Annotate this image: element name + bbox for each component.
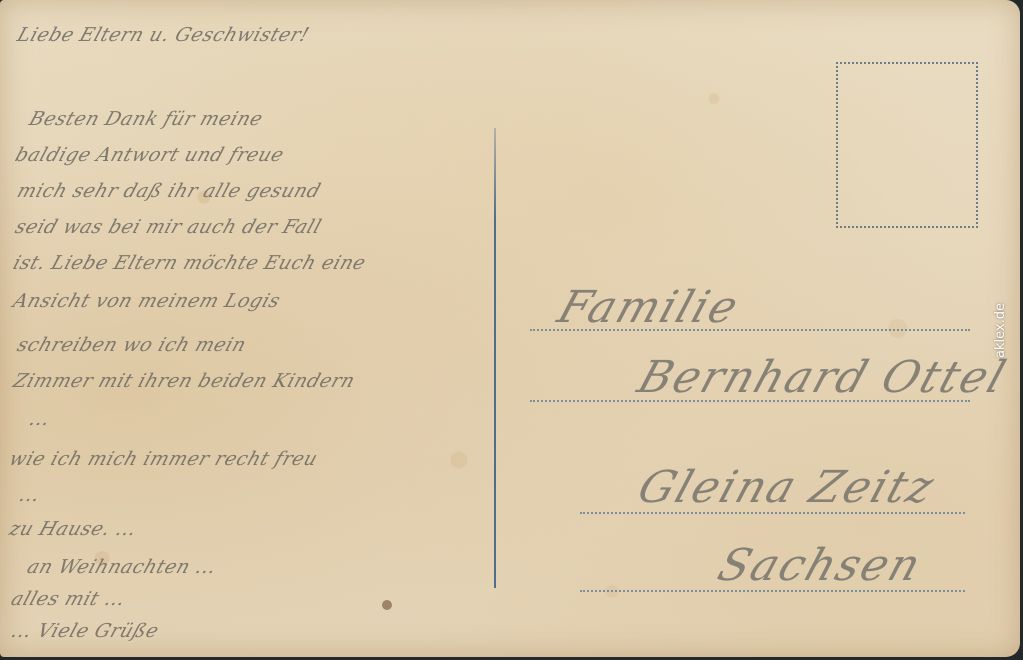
address-recipient-name: Bernhard Ottel bbox=[632, 352, 1014, 403]
message-line: Liebe Eltern u. Geschwister! bbox=[14, 24, 312, 46]
message-line: Besten Dank für meine bbox=[26, 108, 265, 130]
address-town: Gleina Zeitz bbox=[632, 462, 942, 513]
address-region: Sachsen bbox=[712, 540, 929, 591]
message-line: ... bbox=[26, 408, 53, 430]
message-line: wie ich mich immer recht freu bbox=[6, 448, 320, 470]
message-line: seid was bei mir auch der Fall bbox=[12, 216, 324, 238]
message-line: ist. Liebe Eltern möchte Euch eine bbox=[10, 252, 368, 274]
message-line: schreiben wo ich mein bbox=[14, 334, 249, 356]
message-line: zu Hause. ... bbox=[6, 518, 139, 540]
message-line: ... bbox=[16, 484, 43, 506]
ink-stain bbox=[382, 600, 392, 610]
message-line: an Weihnachten ... bbox=[24, 556, 219, 578]
address-recipient-family: Familie bbox=[552, 282, 746, 333]
postcard-back: Liebe Eltern u. Geschwister! Besten Dank… bbox=[0, 0, 1020, 657]
message-line: mich sehr daß ihr alle gesund bbox=[14, 180, 323, 202]
message-line: baldige Antwort und freue bbox=[12, 144, 286, 166]
message-line: ... Viele Grüße bbox=[8, 620, 161, 642]
watermark: aklex.de bbox=[993, 298, 1008, 358]
message-line: Ansicht von meinem Logis bbox=[10, 290, 283, 312]
stamp-box bbox=[836, 62, 978, 228]
message-line: alles mit ... bbox=[8, 588, 128, 610]
message-line: Zimmer mit ihren beiden Kindern bbox=[10, 370, 357, 392]
divider-line bbox=[494, 128, 496, 588]
